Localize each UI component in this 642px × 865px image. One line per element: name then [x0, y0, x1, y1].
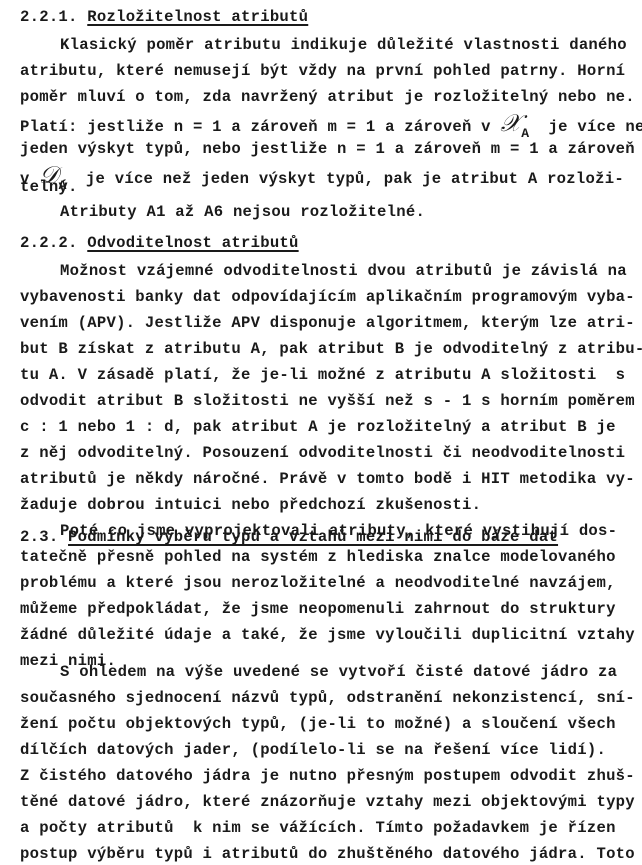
section-number: 2.2.2.	[20, 234, 78, 252]
paragraph-line: tatečně přesně pohled na systém z hledis…	[20, 548, 616, 566]
section-number: 2.2.1.	[20, 8, 78, 26]
paragraph-line: žení počtu objektových typů, (je-li to m…	[20, 715, 616, 733]
paragraph-line: dílčích datových jader, (podílelo-li se …	[20, 741, 606, 759]
section-number: 2.3.	[20, 528, 58, 546]
paragraph-line: Atributy A1 až A6 nejsou rozložitelné.	[60, 203, 425, 221]
paragraph-line: tu A. V zásadě platí, že je-li možné z a…	[20, 366, 625, 384]
paragraph-line: atributu, které nemusejí být vždy na prv…	[20, 62, 625, 80]
paragraph-line: S ohledem na výše uvedené se vytvoří čis…	[60, 663, 617, 681]
section-title: Odvoditelnost atributů	[87, 234, 298, 252]
paragraph-line-with-symbol: Platí: jestliže n = 1 a zároveň m = 1 a …	[20, 114, 642, 137]
paragraph-line: jeden výskyt typů, nebo jestliže n = 1 a…	[20, 140, 635, 158]
paragraph-line: odvodit atribut B složitosti ne vyšší ne…	[20, 392, 635, 410]
section-title: Rozložitelnost atributů	[87, 8, 308, 26]
paragraph-line: a počty atributů k nim se vážících. Tímt…	[20, 819, 616, 837]
line-text: je více než jeden výskyt typů, pak je at…	[67, 170, 624, 188]
script-x-symbol: 𝒳	[500, 109, 521, 137]
paragraph-line: Poté co jsme vyprojektovali atributy, kt…	[60, 522, 617, 540]
section-heading-2-2-1: 2.2.1. Rozložitelnost atributů	[20, 8, 308, 26]
section-heading-2-2-2: 2.2.2. Odvoditelnost atributů	[20, 234, 299, 252]
paragraph-line: žádné důležité údaje a také, že jsme vyl…	[20, 626, 635, 644]
paragraph-line-with-symbol: v 𝒟A je více než jeden výskyt typů, pak …	[20, 166, 624, 189]
line-text: je více než	[529, 118, 642, 136]
paragraph-line: vybavenosti banky dat odpovídajícím apli…	[20, 288, 635, 306]
paragraph-line: žaduje dobrou intuici nebo předchozí zku…	[20, 496, 481, 514]
paragraph-line: but B získat z atributu A, pak atribut B…	[20, 340, 642, 358]
subscript: A	[521, 126, 529, 141]
paragraph-line: můžeme předpokládat, že jsme neopomenuli…	[20, 600, 616, 618]
paragraph-line: postup výběru typů i atributů do zhuštěn…	[20, 845, 635, 863]
paragraph-line: z něj odvoditelný. Posouzení odvoditelno…	[20, 444, 625, 462]
paragraph-line: c : 1 nebo 1 : d, pak atribut A je rozlo…	[20, 418, 616, 436]
paragraph-line: Možnost vzájemné odvoditelnosti dvou atr…	[60, 262, 627, 280]
paragraph-line: vením (APV). Jestliže APV disponuje algo…	[20, 314, 635, 332]
paragraph-line: poměr mluví o tom, zda navržený atribut …	[20, 88, 635, 106]
typewritten-page: 2.2.1. Rozložitelnost atributů Klasický …	[0, 0, 642, 865]
paragraph-line: Z čistého datového jádra je nutno přesný…	[20, 767, 635, 785]
paragraph-line: telný.	[20, 178, 78, 196]
paragraph-line: těné datové jádro, které znázorňuje vzta…	[20, 793, 635, 811]
paragraph-line: Klasický poměr atributu indikuje důležit…	[60, 36, 627, 54]
paragraph-line: problému a které jsou nerozložitelné a n…	[20, 574, 616, 592]
line-text: Platí: jestliže n = 1 a zároveň m = 1 a …	[20, 118, 500, 136]
paragraph-line: současného sjednocení názvů typů, odstra…	[20, 689, 635, 707]
paragraph-line: atributů je někdy náročné. Právě v tomto…	[20, 470, 635, 488]
